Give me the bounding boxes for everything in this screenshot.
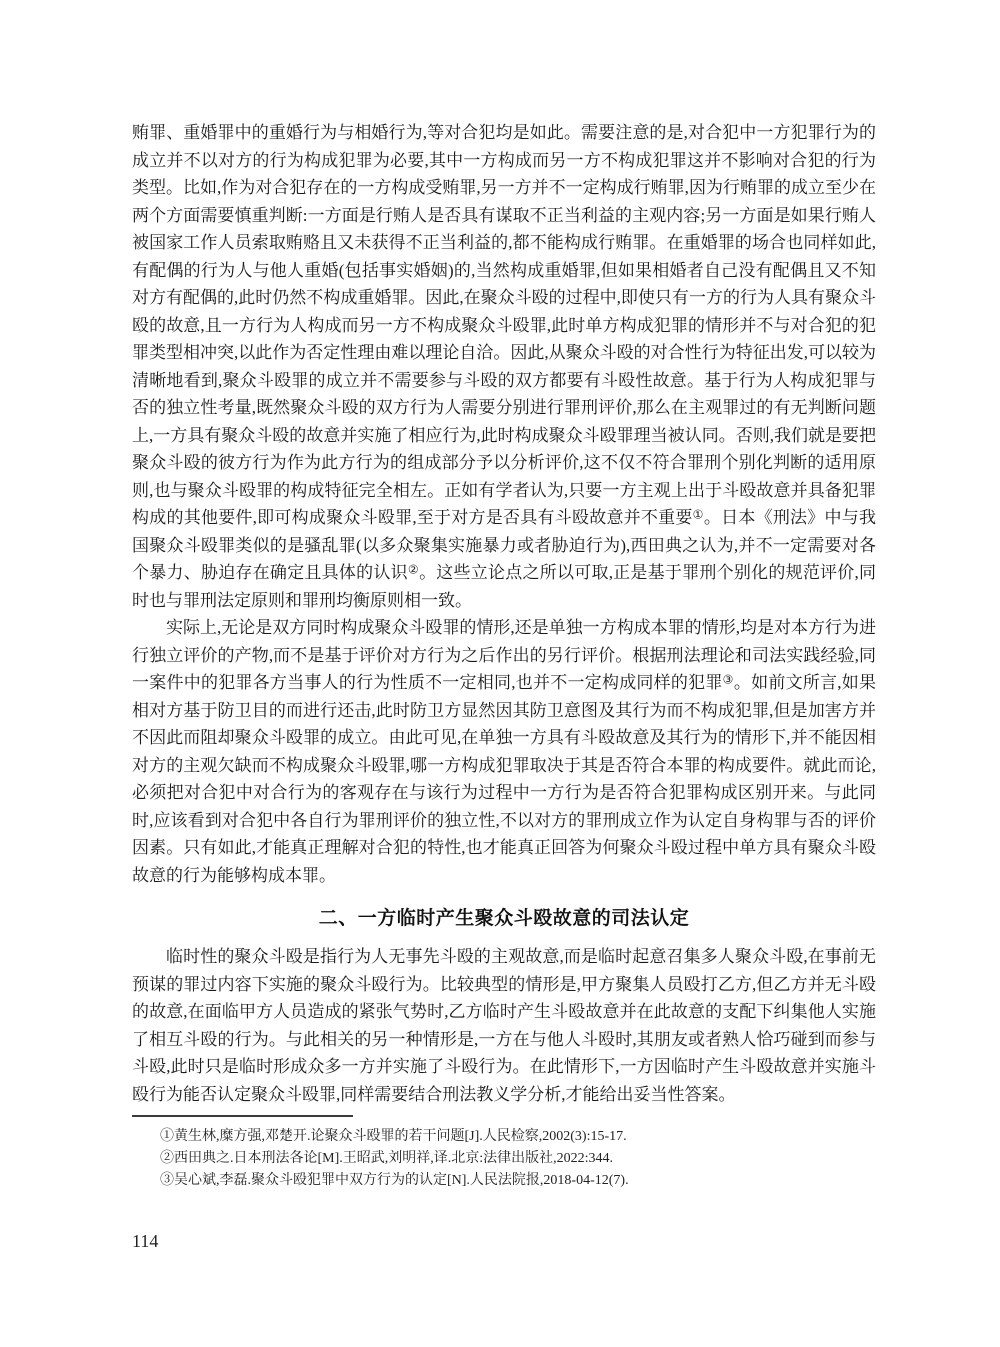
document-page: 贿罪、重婚罪中的重婚行为与相婚行为,等对合犯均是如此。需要注意的是,对合犯中一方…: [0, 0, 1000, 1347]
footnote-text: 吴心斌,李磊.聚众斗殴犯罪中双方行为的认定[N].人民法院报,2018-04-1…: [174, 1173, 629, 1188]
footnote-item: ②西田典之.日本刑法各论[M].王昭武,刘明祥,译.北京:法律出版社,2022:…: [132, 1148, 876, 1170]
footnote-ref: ①: [693, 507, 704, 521]
text-run: 。如前文所言,如果相对方基于防卫目的而进行还击,此时防卫方显然因其防卫意图及其行…: [132, 673, 876, 885]
page-content: 贿罪、重婚罪中的重婚行为与相婚行为,等对合犯均是如此。需要注意的是,对合犯中一方…: [132, 119, 876, 1193]
footnote-marker: ②: [160, 1151, 174, 1166]
footnote-marker: ①: [160, 1129, 174, 1144]
paragraph: 实际上,无论是双方同时构成聚众斗殴罪的情形,还是单独一方构成本罪的情形,均是对本…: [132, 614, 876, 889]
page-number: 114: [132, 1231, 158, 1252]
footnotes: ①黄生林,糜方强,邓楚开.论聚众斗殴罪的若干问题[J].人民检察,2002(3)…: [132, 1126, 876, 1193]
body-text-block-2: 临时性的聚众斗殴是指行为人无事先斗殴的主观故意,而是临时起意召集多人聚众斗殴,在…: [132, 943, 876, 1108]
footnote-item: ①黄生林,糜方强,邓楚开.论聚众斗殴罪的若干问题[J].人民检察,2002(3)…: [132, 1126, 876, 1148]
footnote-divider: [132, 1115, 353, 1117]
footnote-ref: ②: [408, 562, 419, 576]
footnote-marker: ③: [160, 1173, 174, 1188]
section-heading: 二、一方临时产生聚众斗殴故意的司法认定: [132, 905, 876, 933]
footnote-item: ③吴心斌,李磊.聚众斗殴犯罪中双方行为的认定[N].人民法院报,2018-04-…: [132, 1170, 876, 1192]
text-run: 贿罪、重婚罪中的重婚行为与相婚行为,等对合犯均是如此。需要注意的是,对合犯中一方…: [132, 123, 876, 527]
text-run: 临时性的聚众斗殴是指行为人无事先斗殴的主观故意,而是临时起意召集多人聚众斗殴,在…: [132, 947, 876, 1104]
footnote-ref: ③: [723, 672, 734, 686]
paragraph: 临时性的聚众斗殴是指行为人无事先斗殴的主观故意,而是临时起意召集多人聚众斗殴,在…: [132, 943, 876, 1108]
footnote-text: 西田典之.日本刑法各论[M].王昭武,刘明祥,译.北京:法律出版社,2022:3…: [174, 1151, 613, 1166]
footnote-text: 黄生林,糜方强,邓楚开.论聚众斗殴罪的若干问题[J].人民检察,2002(3):…: [174, 1129, 627, 1144]
paragraph: 贿罪、重婚罪中的重婚行为与相婚行为,等对合犯均是如此。需要注意的是,对合犯中一方…: [132, 119, 876, 614]
body-text-block-1: 贿罪、重婚罪中的重婚行为与相婚行为,等对合犯均是如此。需要注意的是,对合犯中一方…: [132, 119, 876, 889]
